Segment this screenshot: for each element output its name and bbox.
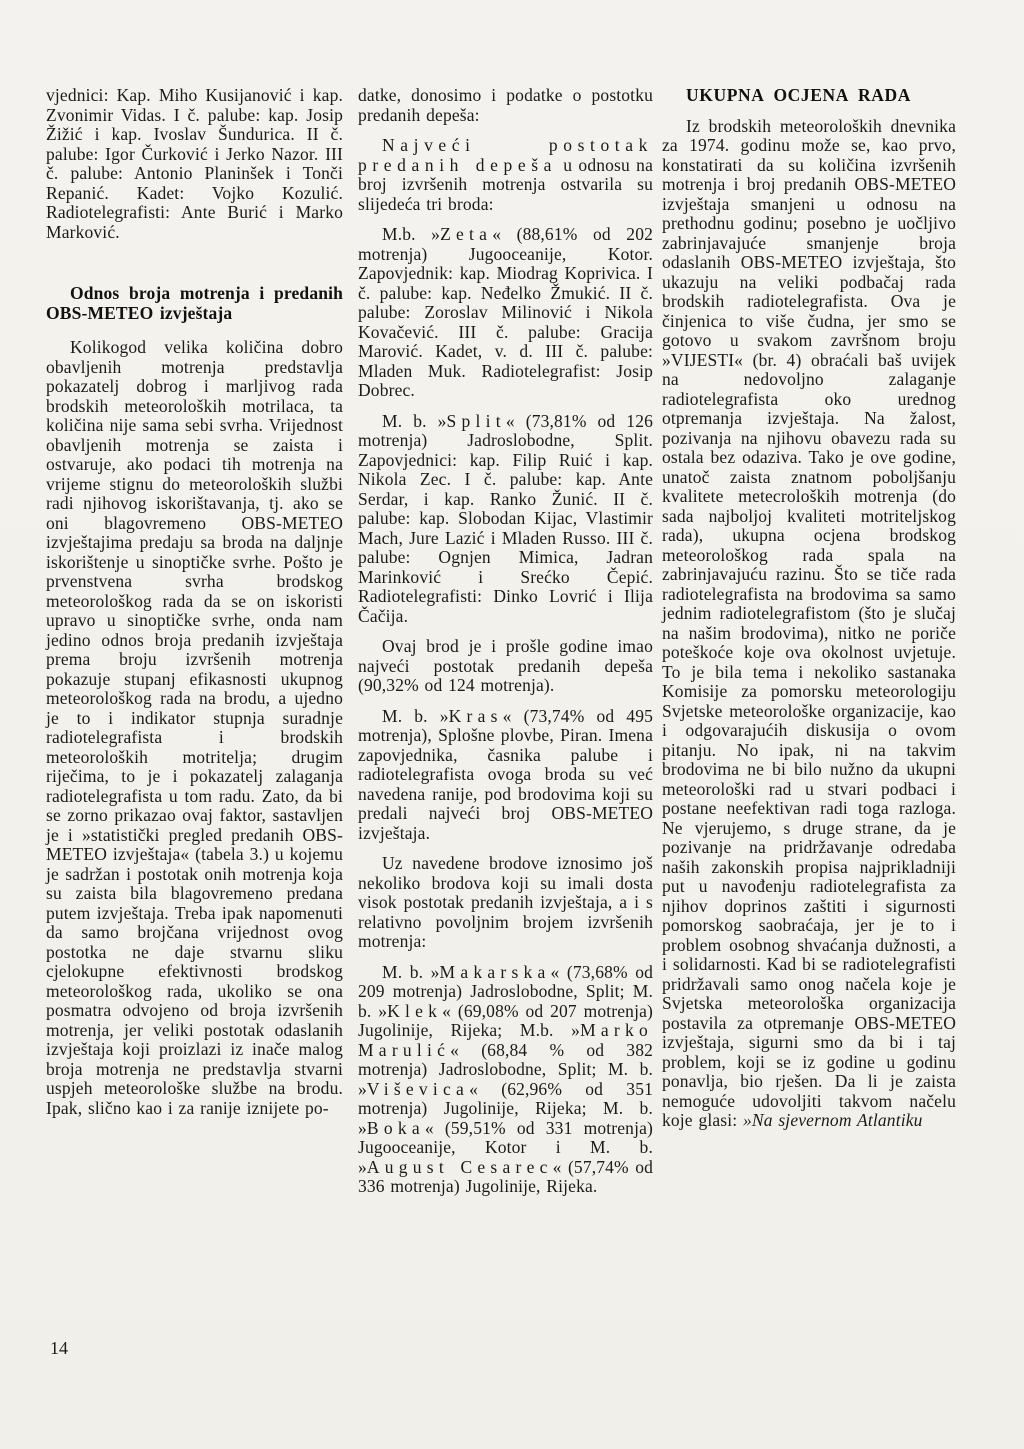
ship-details: « (88,61% od 202 motrenja) Jugooceanije,… [358,224,653,400]
ship-name-split: Split [447,411,506,431]
italic-quote-start: »Na sjevernom Atlantiku [743,1110,923,1130]
ship-prefix: M. b. » [382,411,447,431]
ship-name-boka: Boka [367,1118,425,1138]
scanned-journal-page: vjednici: Kap. Miho Kusijanović i kap. Z… [0,0,1024,1449]
ship-details: « (73,81% od 126 motrenja) Jadroslobodne… [358,411,653,626]
column-middle: datke, donosimo i podatke o postotku pre… [358,86,653,1197]
ship-name-makarska: Makarska [440,962,551,982]
page-number: 14 [50,1338,68,1359]
other-ships-list-paragraph: M. b. »Makarska« (73,68% od 209 motrenja… [358,963,653,1197]
overall-assessment-paragraph: Iz brodskih meteoroloških dnevnika za 19… [662,117,956,1131]
ship-kras-paragraph: M. b. »Kras« (73,74% od 495 motrenja), S… [358,707,653,844]
ship-zeta-paragraph: M.b. »Zeta« (88,61% od 202 motrenja) Jug… [358,225,653,401]
depesa-intro-continuation-paragraph: datke, donosimo i podatke o postotku pre… [358,86,653,125]
ship-prefix: M. b. » [382,706,449,726]
column-right: UKUPNA OCJENA RADA Iz brodskih meteorolo… [662,86,956,1131]
ship-name-zeta: Zeta [440,224,492,244]
ship-name-august-cesarec: August Cesarec [367,1157,553,1177]
ship-name-klek: Klek [387,1001,442,1021]
ship-name-kras: Kras [449,706,503,726]
motrenja-analysis-paragraph: Kolikogod velika količina dobro obavljen… [46,338,343,1118]
column-left: vjednici: Kap. Miho Kusijanović i kap. Z… [46,86,343,1118]
ship-split-paragraph: M. b. »Split« (73,81% od 126 motrenja) J… [358,412,653,627]
split-previous-year-paragraph: Ovaj brod je i prošle godine imao najveć… [358,637,653,696]
najveci-postotak-paragraph: Najveći postotak predanih depeša u odnos… [358,136,653,214]
ship-name-visevica: Viševica [367,1079,469,1099]
crew-continuation-paragraph: vjednici: Kap. Miho Kusijanović i kap. Z… [46,86,343,242]
assessment-text: Iz brodskih meteoroloških dnevnika za 19… [662,116,956,1131]
ship-prefix: M.b. » [382,224,440,244]
section-heading-ukupna-ocjena-rada: UKUPNA OCJENA RADA [662,86,956,106]
list-segment: M. b. » [382,962,440,982]
other-ships-intro-paragraph: Uz navedene brodove iznosimo još nekolik… [358,854,653,952]
ship-details: « (73,74% od 495 motrenja), Splošne plov… [358,706,653,843]
section-heading-odnos-broja-motrenja: Odnos broja motrenja i predanih OBS-METE… [46,284,343,323]
